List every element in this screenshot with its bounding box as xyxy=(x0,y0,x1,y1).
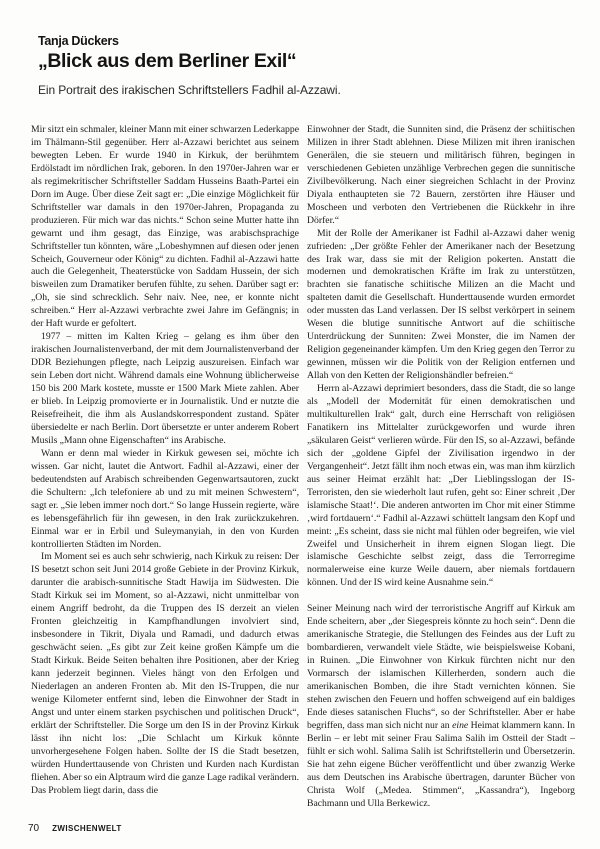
paragraph-right-4-text: Seiner Meinung nach wird der terroristis… xyxy=(307,603,575,731)
paragraph-left-3: Wann er denn mal wieder in Kirkuk gewese… xyxy=(31,448,299,552)
article-subtitle: Ein Portrait des irakischen Schriftstell… xyxy=(38,83,560,97)
paragraph-left-4: Im Moment sei es auch sehr schwierig, na… xyxy=(31,551,299,797)
paragraph-right-1: Einwohner der Stadt, die Sunniten sind, … xyxy=(307,124,575,228)
left-column: Mir sitzt ein schmaler, kleiner Mann mit… xyxy=(31,124,299,811)
article-header: Tanja Dückers „Blick aus dem Berliner Ex… xyxy=(0,0,600,97)
paragraph-right-2: Mit der Rolle der Amerikaner ist Fadhil … xyxy=(307,228,575,383)
right-column: Einwohner der Stadt, die Sunniten sind, … xyxy=(307,124,575,811)
paragraph-left-1: Mir sitzt ein schmaler, kleiner Mann mit… xyxy=(31,124,299,331)
magazine-page: { "page": { "author": "Tanja Dückers", "… xyxy=(0,0,600,849)
page-footer: 70 ZWISCHENWELT xyxy=(28,823,122,834)
paragraph-left-2: 1977 – mitten im Kalten Krieg – gelang e… xyxy=(31,331,299,448)
magazine-name: ZWISCHENWELT xyxy=(52,824,122,833)
emphasized-word: eine xyxy=(452,720,468,731)
paragraph-right-3: Herrn al-Azzawi deprimiert besonders, da… xyxy=(307,383,575,590)
paragraph-right-4: Seiner Meinung nach wird der terroristis… xyxy=(307,603,575,810)
article-body: Mir sitzt ein schmaler, kleiner Mann mit… xyxy=(0,124,600,811)
paragraph-right-4-text-cont: Heimat klammern kann. In Berlin – er leb… xyxy=(307,720,575,809)
page-number: 70 xyxy=(28,823,39,834)
author-name: Tanja Dückers xyxy=(38,34,560,49)
article-title: „Blick aus dem Berliner Exil“ xyxy=(38,50,560,72)
